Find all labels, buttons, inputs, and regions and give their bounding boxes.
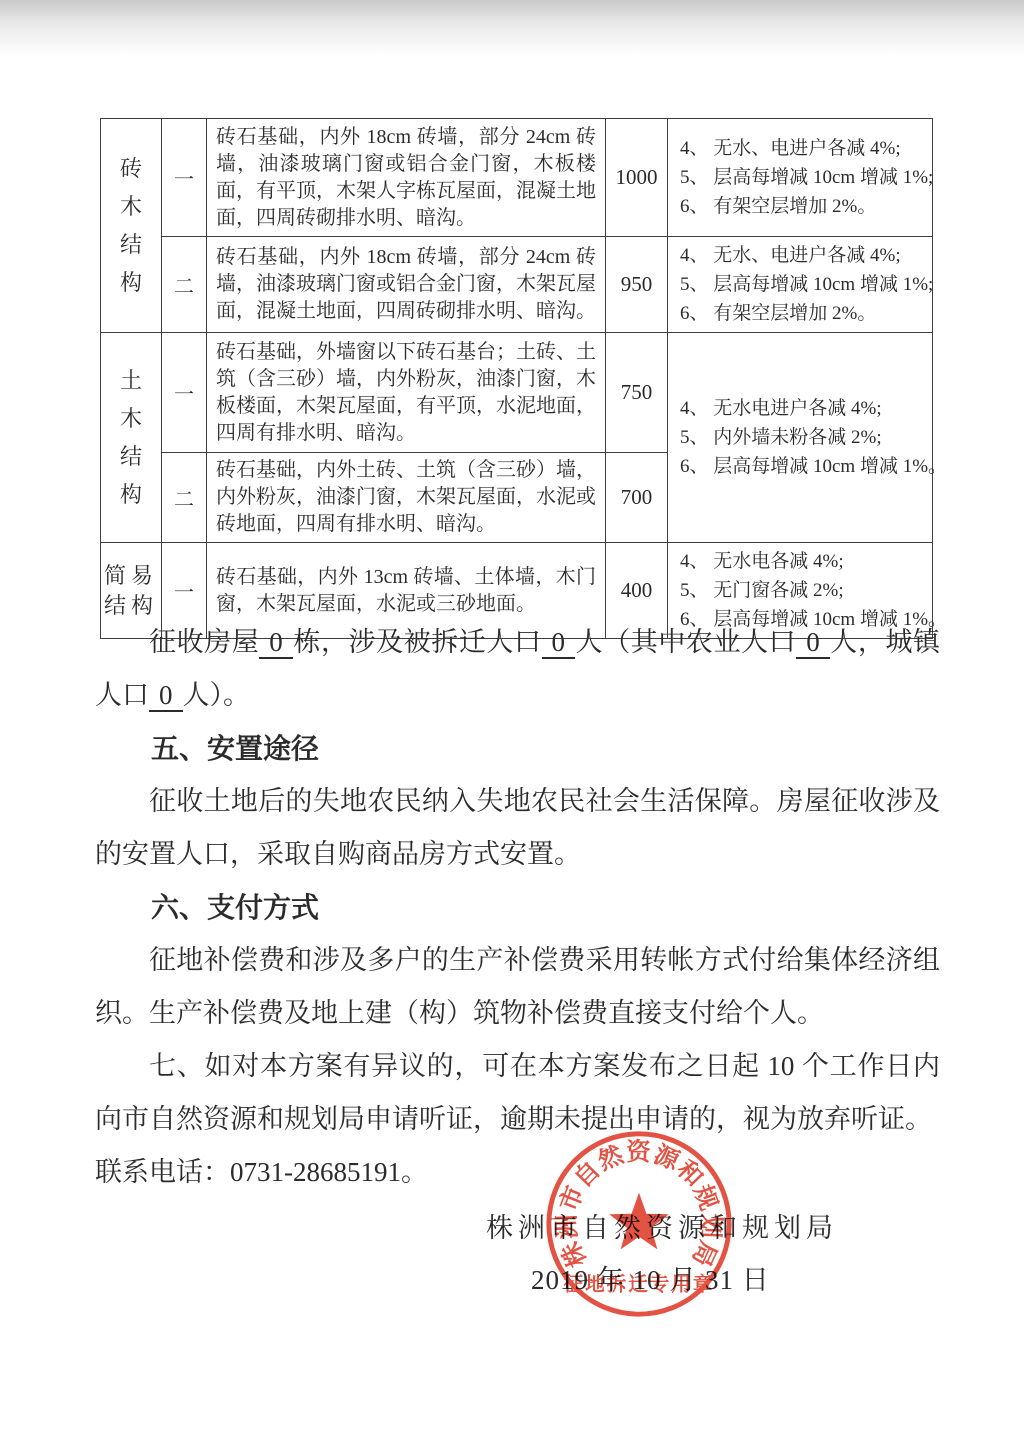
cell-price: 1000 [606, 119, 668, 237]
cell-description: 砖石基础，内外土砖、土筑（含三砂）墙，内外粉灰，油漆门窗，木架瓦屋面，水泥或砖地… [207, 453, 606, 543]
adjustment-line: 4、 无水、电进户各减 4%; [680, 241, 926, 270]
stats-text: 人）。 [183, 680, 251, 710]
compensation-table: 砖木结构 一 砖石基础，内外 18cm 砖墙，部分 24cm 砖墙，油漆玻璃门窗… [100, 118, 933, 639]
value-agricultural-people: 0 [796, 627, 830, 659]
adjustment-line: 6、 有架空层增加 2%。 [680, 299, 926, 328]
adjustment-line: 4、 无水、电进户各减 4%; [680, 134, 926, 163]
cell-grade: 二 [162, 237, 207, 333]
adjustment-line: 5、 内外墙未粉各减 2%; [680, 423, 926, 452]
adjustment-line: 6、 有架空层增加 2%。 [680, 192, 926, 221]
value-relocated-people: 0 [542, 627, 576, 659]
paragraph-objection: 七、如对本方案有异议的，可在本方案发布之日起 10 个工作日内向市自然资源和规划… [95, 1040, 940, 1146]
scan-shading [0, 0, 1024, 55]
document-body: 征收房屋0栋，涉及被拆迁人口0人（其中农业人口0人，城镇人口0人）。 五、安置途… [95, 616, 940, 1199]
value-houses: 0 [259, 627, 293, 659]
adjustment-line: 4、 无水电各减 4%; [680, 547, 926, 576]
paragraph-contact-phone: 联系电话：0731-28685191。 [95, 1146, 940, 1199]
adjustment-line: 5、 层高每增减 10cm 增减 1%; [680, 163, 926, 192]
cell-adjustments: 4、 无水、电进户各减 4%; 5、 层高每增减 10cm 增减 1%; 6、 … [668, 237, 933, 333]
cell-adjustments: 4、 无水电进户各减 4%; 5、 内外墙未粉各减 2%; 6、 层高每增减 1… [668, 333, 933, 543]
stats-text: 栋，涉及被拆迁人口 [293, 627, 542, 657]
cell-description: 砖石基础，内外 18cm 砖墙，部分 24cm 砖墙，油漆玻璃门窗或铝合金门窗，… [207, 237, 606, 333]
adjustment-line: 5、 无门窗各减 2%; [680, 576, 926, 605]
value-urban-people: 0 [149, 680, 183, 712]
section-heading-resettlement: 五、安置途径 [95, 722, 940, 775]
structure-type-label: 砖木结构 [118, 150, 144, 302]
cell-adjustments: 4、 无水、电进户各减 4%; 5、 层高每增减 10cm 增减 1%; 6、 … [668, 119, 933, 237]
cell-structure-type: 土木结构 [101, 333, 162, 543]
structure-type-label: 土木结构 [118, 362, 144, 514]
cell-grade: 一 [162, 119, 207, 237]
paragraph-resettlement: 征收土地后的失地农民纳入失地农民社会生活保障。房屋征收涉及的安置人口，采取自购商… [95, 775, 940, 881]
seal-bottom-text: 征地拆迁专用章 [564, 1273, 715, 1296]
cell-price: 700 [606, 453, 668, 543]
stats-text: 征收房屋 [149, 627, 259, 657]
seal-star-icon [609, 1193, 669, 1250]
table-row: 二 砖石基础，内外 18cm 砖墙，部分 24cm 砖墙，油漆玻璃门窗或铝合金门… [101, 237, 933, 333]
section-heading-payment: 六、支付方式 [95, 881, 940, 934]
structure-type-label: 简易结构 [102, 561, 160, 621]
adjustment-line: 5、 层高每增减 10cm 增减 1%; [680, 270, 926, 299]
table-row: 土木结构 一 砖石基础，外墙窗以下砖石基台；土砖、土筑（含三砂）墙，内外粉灰，油… [101, 333, 933, 453]
cell-description: 砖石基础，外墙窗以下砖石基台；土砖、土筑（含三砂）墙，内外粉灰，油漆门窗，木板楼… [207, 333, 606, 453]
cell-structure-type: 砖木结构 [101, 119, 162, 333]
cell-grade: 二 [162, 453, 207, 543]
official-seal: 株洲市自然资源和规划局 征地拆迁专用章 [541, 1124, 737, 1324]
stats-text: 人（其中农业人口 [575, 627, 796, 657]
paragraph-payment: 征地补偿费和涉及多户的生产补偿费采用转帐方式付给集体经济组织。生产补偿费及地上建… [95, 934, 940, 1040]
cell-price: 750 [606, 333, 668, 453]
adjustment-line: 4、 无水电进户各减 4%; [680, 394, 926, 423]
cell-grade: 一 [162, 333, 207, 453]
paragraph-demolition-stats: 征收房屋0栋，涉及被拆迁人口0人（其中农业人口0人，城镇人口0人）。 [95, 616, 940, 722]
adjustment-line: 6、 层高每增减 10cm 增减 1%。 [680, 452, 926, 481]
cell-description: 砖石基础，内外 18cm 砖墙，部分 24cm 砖墙，油漆玻璃门窗或铝合金门窗，… [207, 119, 606, 237]
table-row: 砖木结构 一 砖石基础，内外 18cm 砖墙，部分 24cm 砖墙，油漆玻璃门窗… [101, 119, 933, 237]
cell-price: 950 [606, 237, 668, 333]
document-page: 砖木结构 一 砖石基础，内外 18cm 砖墙，部分 24cm 砖墙，油漆玻璃门窗… [0, 0, 1024, 1450]
